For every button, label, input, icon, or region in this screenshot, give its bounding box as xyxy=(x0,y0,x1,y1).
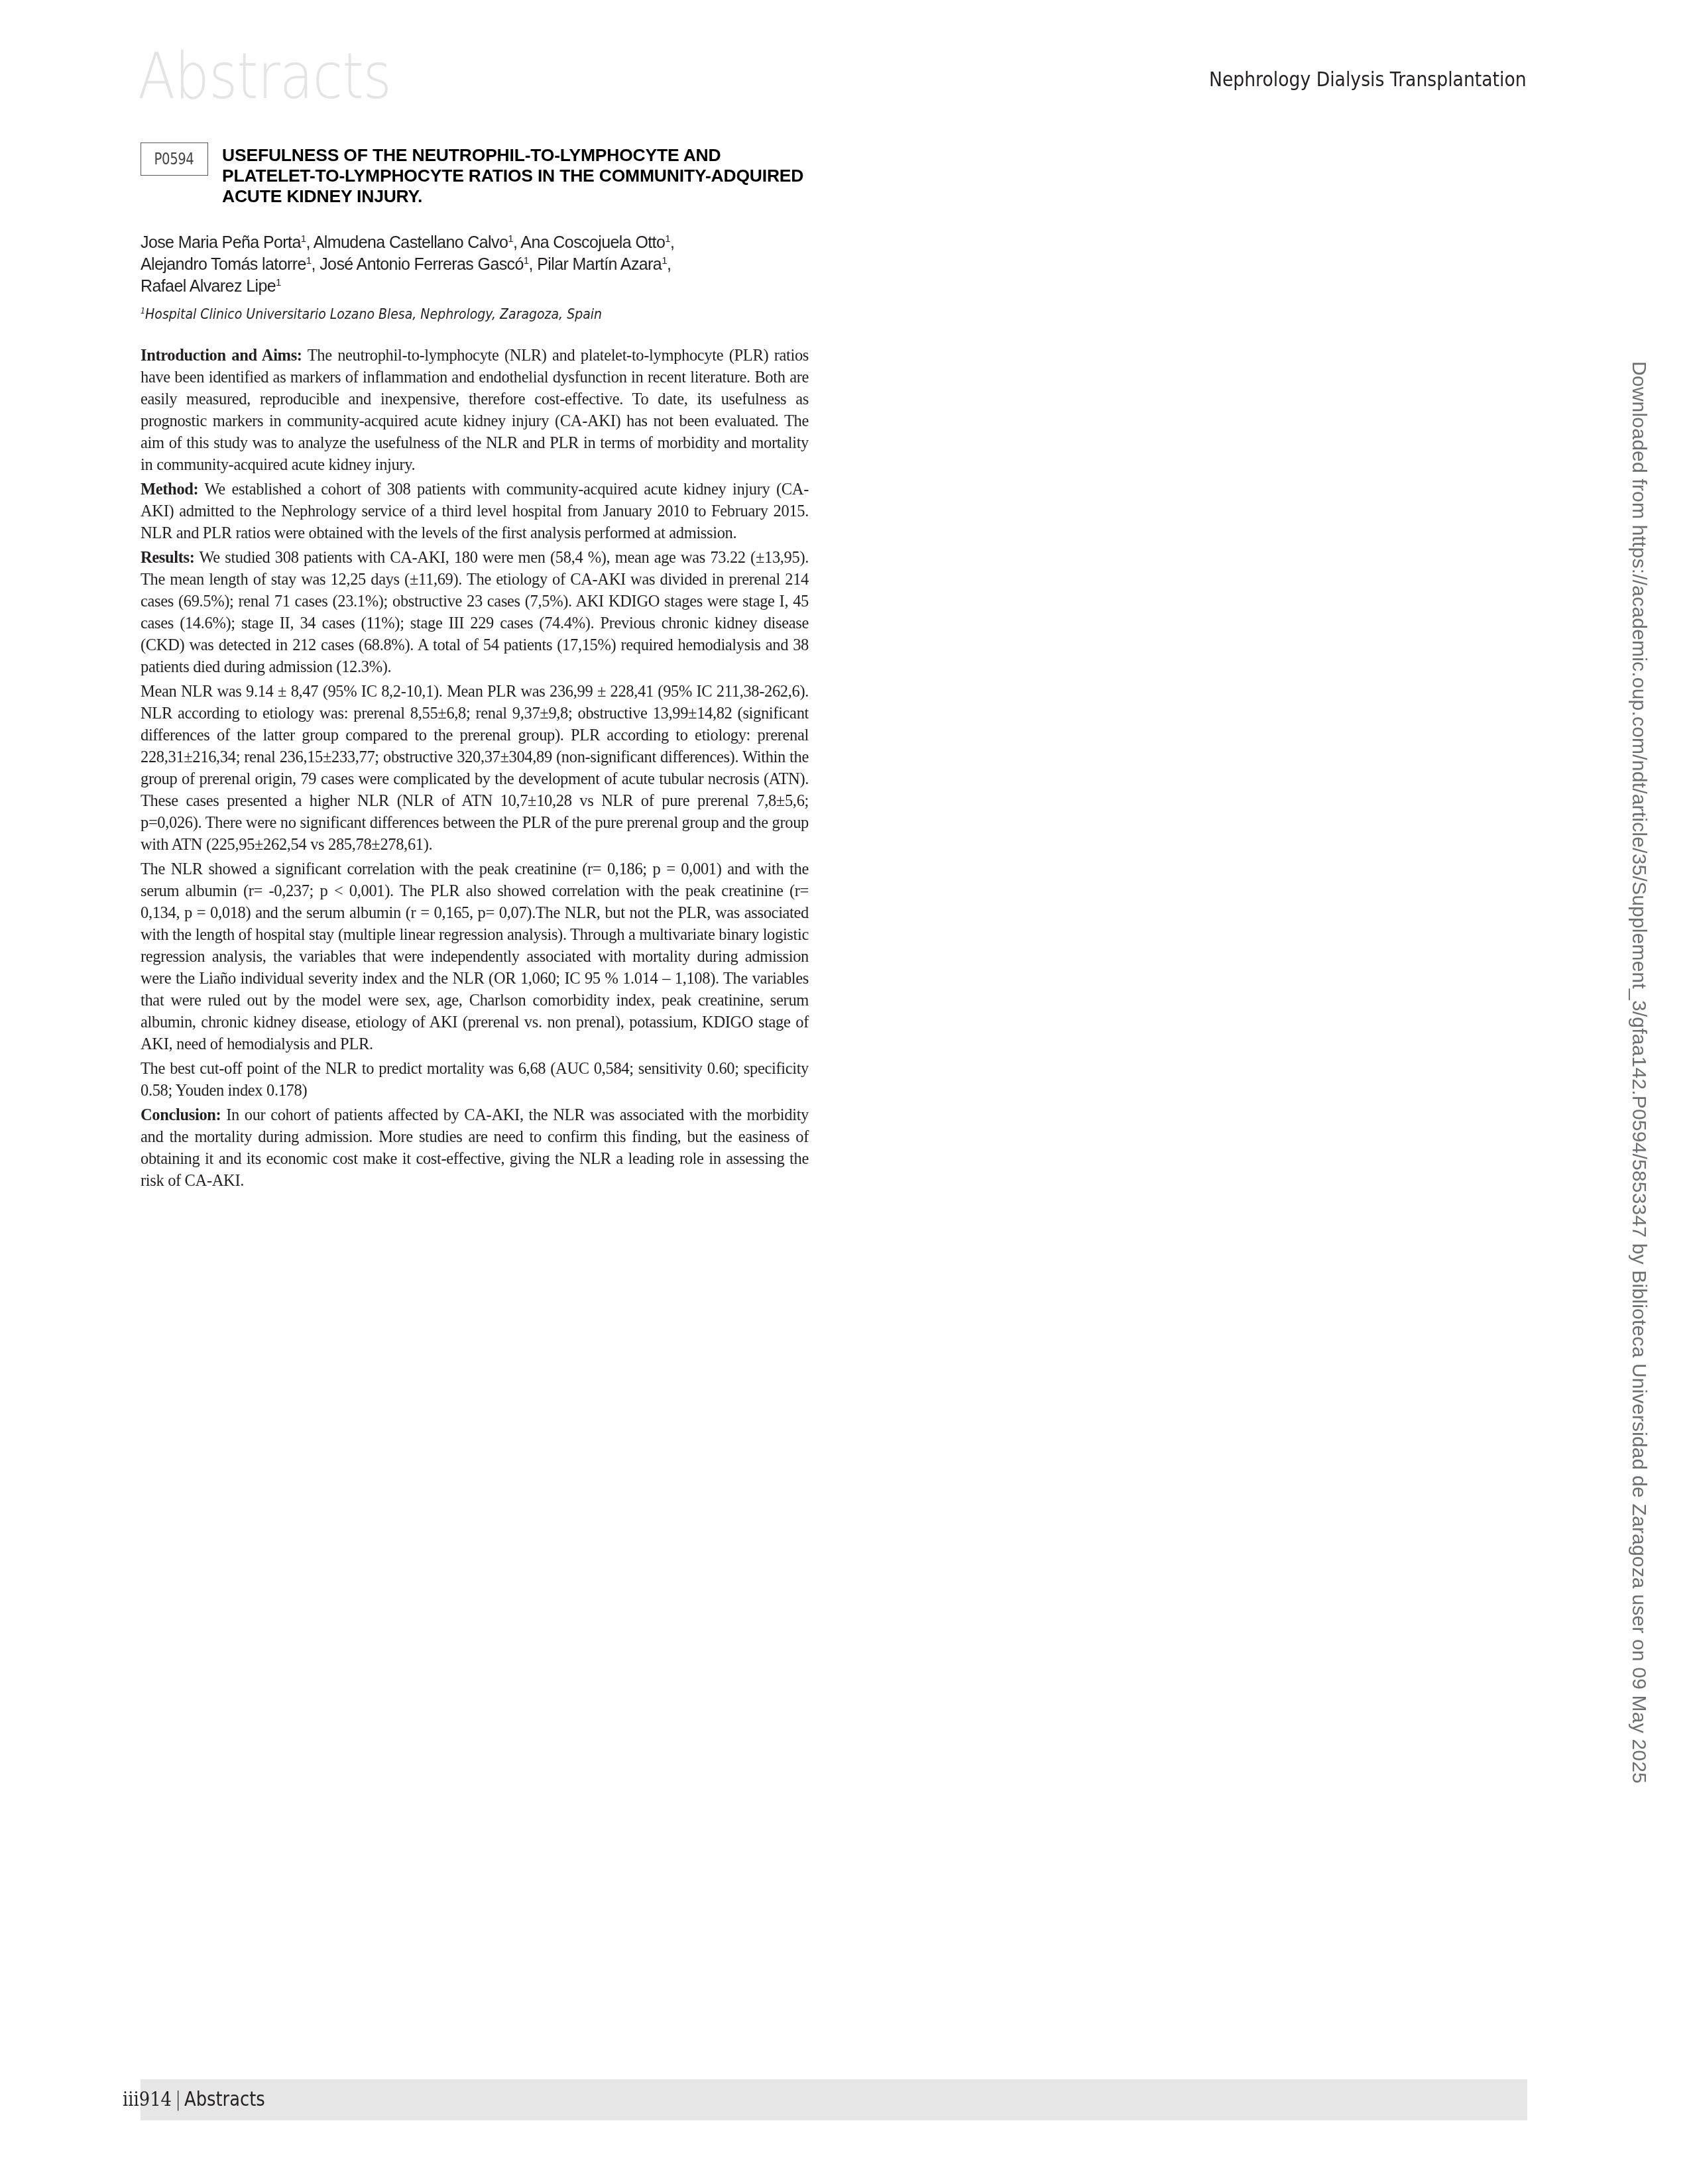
footer-separator: | xyxy=(175,2088,181,2111)
abstract-title: USEFULNESS OF THE NEUTROPHIL-TO-LYMPHOCY… xyxy=(222,145,819,207)
section-label: Introduction and Aims: xyxy=(141,347,302,365)
abstract-body: Introduction and Aims: The neutrophil-to… xyxy=(141,345,809,1194)
results-paragraph-cutoff: The best cut-off point of the NLR to pre… xyxy=(141,1058,809,1102)
author: Rafael Alvarez Lipe1 xyxy=(141,277,281,296)
footer-section: Abstracts xyxy=(184,2088,265,2111)
download-watermark: Downloaded from https://academic.oup.com… xyxy=(1627,361,1650,1784)
abstract-id-badge: P0594 xyxy=(141,143,208,176)
section-text: The best cut-off point of the NLR to pre… xyxy=(141,1060,809,1100)
section-text: We established a cohort of 308 patients … xyxy=(141,481,809,542)
section-text: The neutrophil-to-lymphocyte (NLR) and p… xyxy=(141,347,809,474)
abstract-id: P0594 xyxy=(154,143,194,175)
author-list: Jose Maria Peña Porta1, Almudena Castell… xyxy=(141,232,810,298)
section-method: Method: We established a cohort of 308 p… xyxy=(141,479,809,544)
author: Alejandro Tomás latorre1 xyxy=(141,255,312,274)
section-label: Conclusion: xyxy=(141,1106,221,1124)
section-text: The NLR showed a significant correlation… xyxy=(141,860,809,1053)
section-text: We studied 308 patients with CA-AKI, 180… xyxy=(141,549,809,676)
author: Ana Coscojuela Otto1 xyxy=(520,233,670,252)
affiliation-text: Hospital Clinico Universitario Lozano Bl… xyxy=(145,306,602,323)
section-text: In our cohort of patients affected by CA… xyxy=(141,1106,809,1190)
section-text: Mean NLR was 9.14 ± 8,47 (95% IC 8,2-10,… xyxy=(141,683,809,854)
running-head-journal-title: Nephrology Dialysis Transplantation xyxy=(1209,66,1527,93)
section-introduction: Introduction and Aims: The neutrophil-to… xyxy=(141,345,809,476)
section-conclusion: Conclusion: In our cohort of patients af… xyxy=(141,1104,809,1192)
section-label: Results: xyxy=(141,549,195,567)
section-results: Results: We studied 308 patients with CA… xyxy=(141,547,809,678)
footer: iii914|Abstracts xyxy=(123,2087,265,2113)
author: Pilar Martín Azara1 xyxy=(537,255,667,274)
page-number: iii914 xyxy=(123,2088,172,2111)
author: José Antonio Ferreras Gascó1 xyxy=(320,255,528,274)
author: Jose Maria Peña Porta1 xyxy=(141,233,306,252)
results-paragraph-correlations: The NLR showed a significant correlation… xyxy=(141,858,809,1055)
results-paragraph-ratios: Mean NLR was 9.14 ± 8,47 (95% IC 8,2-10,… xyxy=(141,681,809,856)
author: Almudena Castellano Calvo1 xyxy=(314,233,513,252)
section-label: Method: xyxy=(141,481,198,498)
footer-band xyxy=(141,2079,1527,2120)
running-head-section-title: Abstracts xyxy=(138,40,391,113)
affiliation: 1Hospital Clinico Universitario Lozano B… xyxy=(141,305,717,325)
